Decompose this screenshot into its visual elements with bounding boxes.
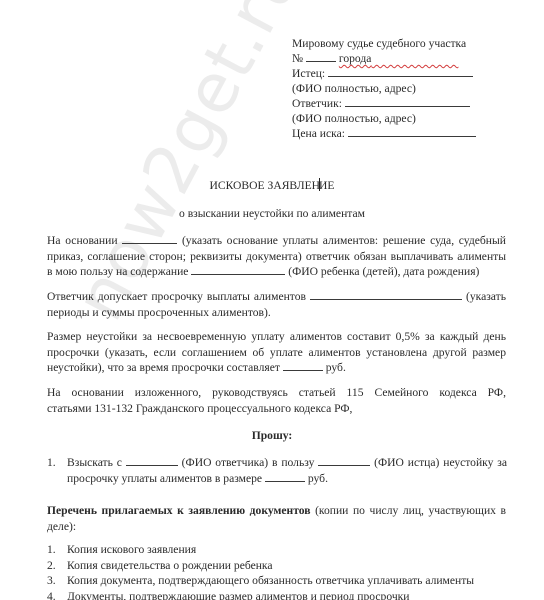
number-sign: № — [292, 52, 303, 65]
attachment-item: 1. Копия искового заявления — [47, 542, 517, 558]
claim-price-label: Цена иска: — [292, 127, 345, 140]
delay-periods-blank[interactable] — [310, 289, 462, 300]
attachments-heading: Перечень прилагаемых к заявлению докумен… — [47, 503, 506, 534]
request-amount-blank[interactable] — [265, 471, 305, 482]
plaintiff-label: Истец: — [292, 67, 325, 80]
court-number-line: № города — [292, 51, 458, 67]
plaintiff-line: Истец: — [292, 66, 473, 82]
defendant-label: Ответчик: — [292, 97, 342, 110]
attachment-item: 3. Копия документа, подтверждающего обяз… — [47, 573, 517, 589]
defendant-line: Ответчик: — [292, 96, 470, 112]
plaintiff-hint: (ФИО полностью, адрес) — [292, 81, 416, 97]
child-name-blank[interactable] — [191, 264, 285, 275]
attachment-item: 2. Копия свидетельства о рождении ребенк… — [47, 558, 517, 574]
attachment-item: 4. Документы, подтверждающие размер алим… — [47, 589, 517, 600]
request-item: 1. Взыскать с (ФИО ответчика) в пользу (… — [47, 455, 517, 486]
paragraph-basis: На основании (указать основание уплаты а… — [47, 233, 506, 280]
paragraph-delay: Ответчик допускает просрочку выплаты али… — [47, 289, 506, 320]
basis-blank[interactable] — [122, 233, 177, 244]
paragraph-penalty: Размер неустойки за несвоевременную упла… — [47, 329, 506, 376]
penalty-amount-blank[interactable] — [283, 360, 323, 371]
claim-price-blank[interactable] — [348, 126, 476, 137]
document-title: ИСКОВОЕ ЗАЯВЛЕНИЕ — [0, 178, 544, 192]
court-number-blank[interactable] — [306, 51, 336, 62]
plaintiff-blank[interactable] — [328, 66, 473, 77]
attachments-list: 1. Копия искового заявления 2. Копия сви… — [47, 542, 517, 600]
city-blank[interactable] — [371, 52, 458, 65]
claim-price-line: Цена иска: — [292, 126, 476, 142]
defendant-blank[interactable] — [345, 96, 470, 107]
defendant-name-blank[interactable] — [126, 455, 178, 466]
request-heading: Прошу: — [0, 429, 544, 442]
document-subtitle: о взыскании неустойки по алиментам — [0, 207, 544, 220]
watermark: now2get.ru — [60, 0, 317, 333]
plaintiff-name-blank[interactable] — [318, 455, 370, 466]
court-addressee: Мировому судье судебного участка — [292, 36, 466, 52]
city-label: города — [339, 52, 372, 65]
defendant-hint: (ФИО полностью, адрес) — [292, 111, 416, 127]
request-list: 1. Взыскать с (ФИО ответчика) в пользу (… — [47, 455, 517, 486]
document-page: now2get.ru Мировому судье судебного учас… — [0, 0, 544, 600]
paragraph-legal-basis: На основании изложенного, руководствуясь… — [47, 385, 506, 416]
